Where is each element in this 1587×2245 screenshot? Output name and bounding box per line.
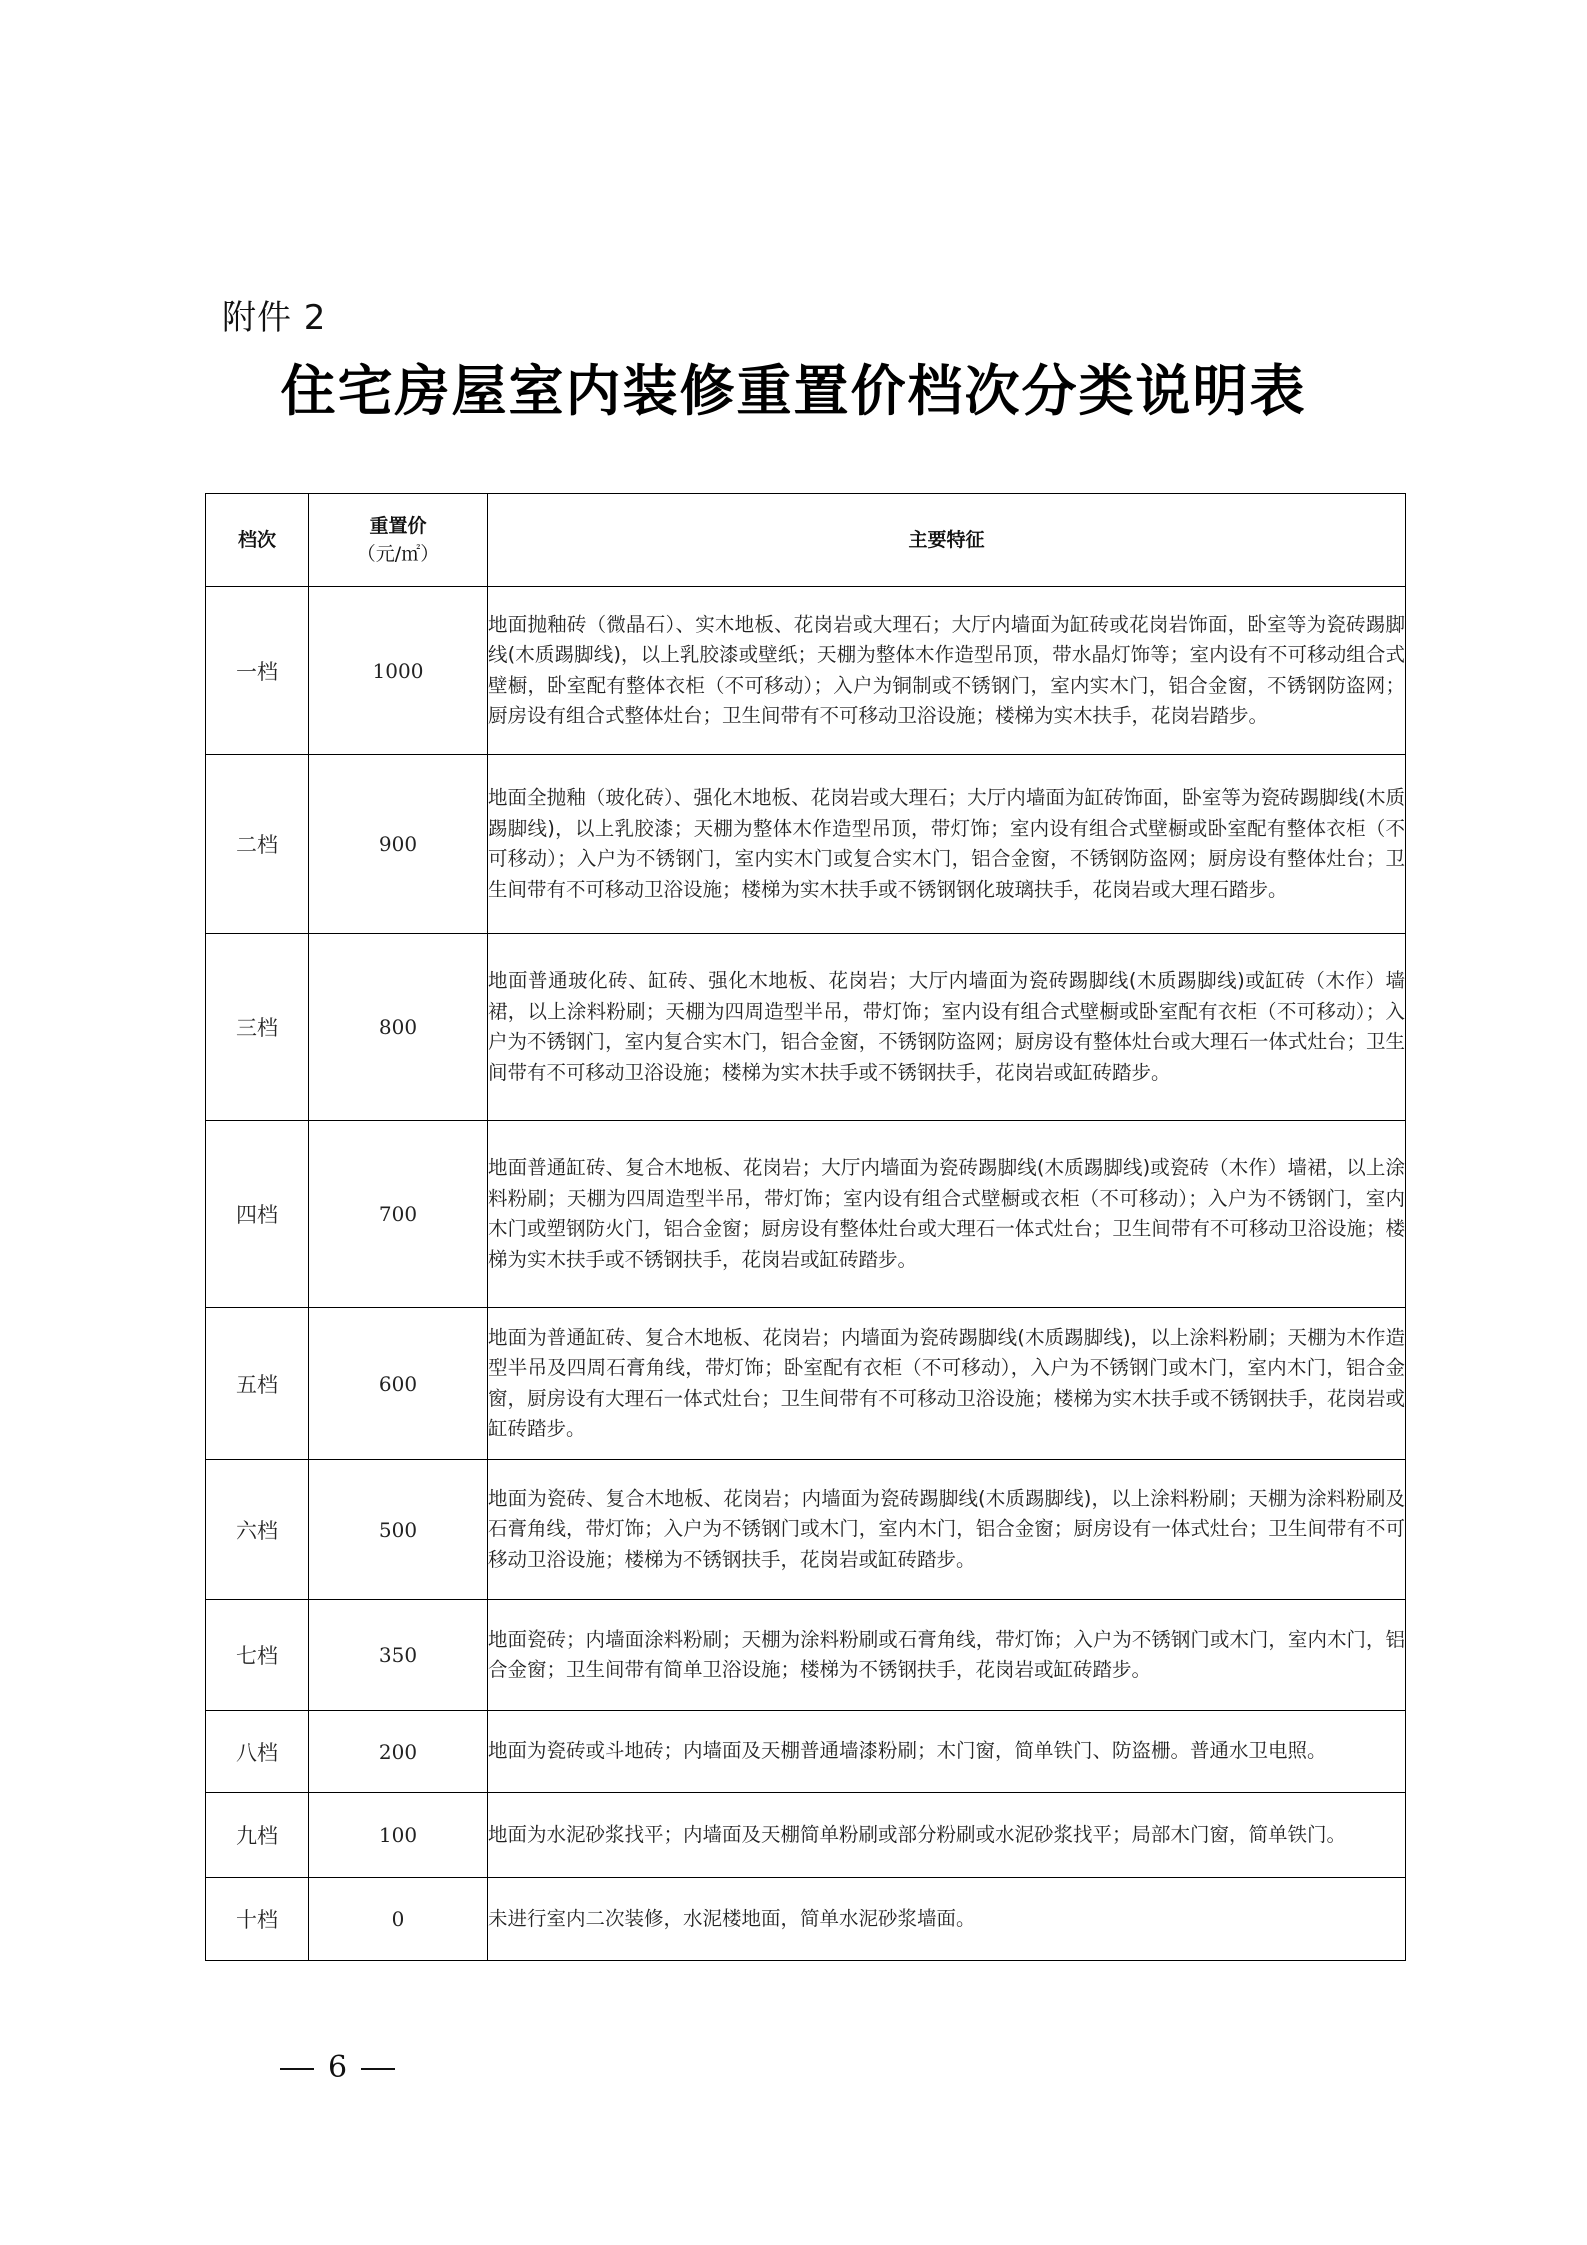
features-cell: 地面普通玻化砖、缸砖、强化木地板、花岗岩；大厅内墙面为瓷砖踢脚线(木质踢脚线)或… (488, 934, 1406, 1121)
header-price: 重置价 （元/㎡） (309, 494, 488, 587)
page-dash-right (361, 2068, 395, 2070)
price-cell: 0 (309, 1878, 488, 1961)
price-cell: 1000 (309, 587, 488, 755)
grade-cell: 六档 (206, 1460, 309, 1600)
features-cell: 地面为瓷砖或斗地砖；内墙面及天棚普通墙漆粉刷；木门窗，简单铁门、防盗栅。普通水卫… (488, 1711, 1406, 1793)
features-cell: 地面为普通缸砖、复合木地板、花岗岩；内墙面为瓷砖踢脚线(木质踢脚线)，以上涂料粉… (488, 1308, 1406, 1460)
grade-cell: 四档 (206, 1121, 309, 1308)
header-grade: 档次 (206, 494, 309, 587)
price-cell: 800 (309, 934, 488, 1121)
attachment-label: 附件 2 (222, 296, 326, 340)
table-row: 四档700地面普通缸砖、复合木地板、花岗岩；大厅内墙面为瓷砖踢脚线(木质踢脚线)… (206, 1121, 1406, 1308)
features-cell: 地面为瓷砖、复合木地板、花岗岩；内墙面为瓷砖踢脚线(木质踢脚线)，以上涂料粉刷；… (488, 1460, 1406, 1600)
grade-cell: 三档 (206, 934, 309, 1121)
table-row: 十档0未进行室内二次装修，水泥楼地面，简单水泥砂浆墙面。 (206, 1878, 1406, 1961)
price-cell: 200 (309, 1711, 488, 1793)
table-row: 八档200地面为瓷砖或斗地砖；内墙面及天棚普通墙漆粉刷；木门窗，简单铁门、防盗栅… (206, 1711, 1406, 1793)
table-row: 六档500地面为瓷砖、复合木地板、花岗岩；内墙面为瓷砖踢脚线(木质踢脚线)，以上… (206, 1460, 1406, 1600)
table-row: 七档350地面瓷砖；内墙面涂料粉刷；天棚为涂料粉刷或石膏角线，带灯饰；入户为不锈… (206, 1600, 1406, 1711)
grade-cell: 八档 (206, 1711, 309, 1793)
page-dash-left (280, 2068, 314, 2070)
page-number: 6 (266, 2048, 409, 2088)
grade-cell: 十档 (206, 1878, 309, 1961)
header-features: 主要特征 (488, 494, 1406, 587)
features-cell: 地面普通缸砖、复合木地板、花岗岩；大厅内墙面为瓷砖踢脚线(木质踢脚线)或瓷砖（木… (488, 1121, 1406, 1308)
header-price-label: 重置价 (309, 512, 487, 540)
features-cell: 地面抛釉砖（微晶石）、实木地板、花岗岩或大理石；大厅内墙面为缸砖或花岗岩饰面，卧… (488, 587, 1406, 755)
table-header-row: 档次 重置价 （元/㎡） 主要特征 (206, 494, 1406, 587)
table-row: 三档800地面普通玻化砖、缸砖、强化木地板、花岗岩；大厅内墙面为瓷砖踢脚线(木质… (206, 934, 1406, 1121)
table-row: 五档600地面为普通缸砖、复合木地板、花岗岩；内墙面为瓷砖踢脚线(木质踢脚线)，… (206, 1308, 1406, 1460)
price-cell: 350 (309, 1600, 488, 1711)
price-cell: 500 (309, 1460, 488, 1600)
table-row: 二档900地面全抛釉（玻化砖）、强化木地板、花岗岩或大理石；大厅内墙面为缸砖饰面… (206, 755, 1406, 934)
grade-cell: 七档 (206, 1600, 309, 1711)
price-cell: 700 (309, 1121, 488, 1308)
table-row: 一档1000地面抛釉砖（微晶石）、实木地板、花岗岩或大理石；大厅内墙面为缸砖或花… (206, 587, 1406, 755)
document-title: 住宅房屋室内装修重置价档次分类说明表 (200, 356, 1387, 426)
header-price-unit: （元/㎡） (309, 540, 487, 568)
features-cell: 未进行室内二次装修，水泥楼地面，简单水泥砂浆墙面。 (488, 1878, 1406, 1961)
price-cell: 900 (309, 755, 488, 934)
features-cell: 地面为水泥砂浆找平；内墙面及天棚简单粉刷或部分粉刷或水泥砂浆找平；局部木门窗，简… (488, 1793, 1406, 1878)
decoration-grade-table: 档次 重置价 （元/㎡） 主要特征 一档1000地面抛釉砖（微晶石）、实木地板、… (205, 493, 1406, 1961)
price-cell: 100 (309, 1793, 488, 1878)
grade-cell: 九档 (206, 1793, 309, 1878)
page-number-value: 6 (328, 2050, 347, 2085)
features-cell: 地面瓷砖；内墙面涂料粉刷；天棚为涂料粉刷或石膏角线，带灯饰；入户为不锈钢门或木门… (488, 1600, 1406, 1711)
features-cell: 地面全抛釉（玻化砖）、强化木地板、花岗岩或大理石；大厅内墙面为缸砖饰面，卧室等为… (488, 755, 1406, 934)
grade-cell: 一档 (206, 587, 309, 755)
grade-cell: 二档 (206, 755, 309, 934)
grade-cell: 五档 (206, 1308, 309, 1460)
price-cell: 600 (309, 1308, 488, 1460)
table-row: 九档100地面为水泥砂浆找平；内墙面及天棚简单粉刷或部分粉刷或水泥砂浆找平；局部… (206, 1793, 1406, 1878)
table-body: 一档1000地面抛釉砖（微晶石）、实木地板、花岗岩或大理石；大厅内墙面为缸砖或花… (206, 587, 1406, 1961)
